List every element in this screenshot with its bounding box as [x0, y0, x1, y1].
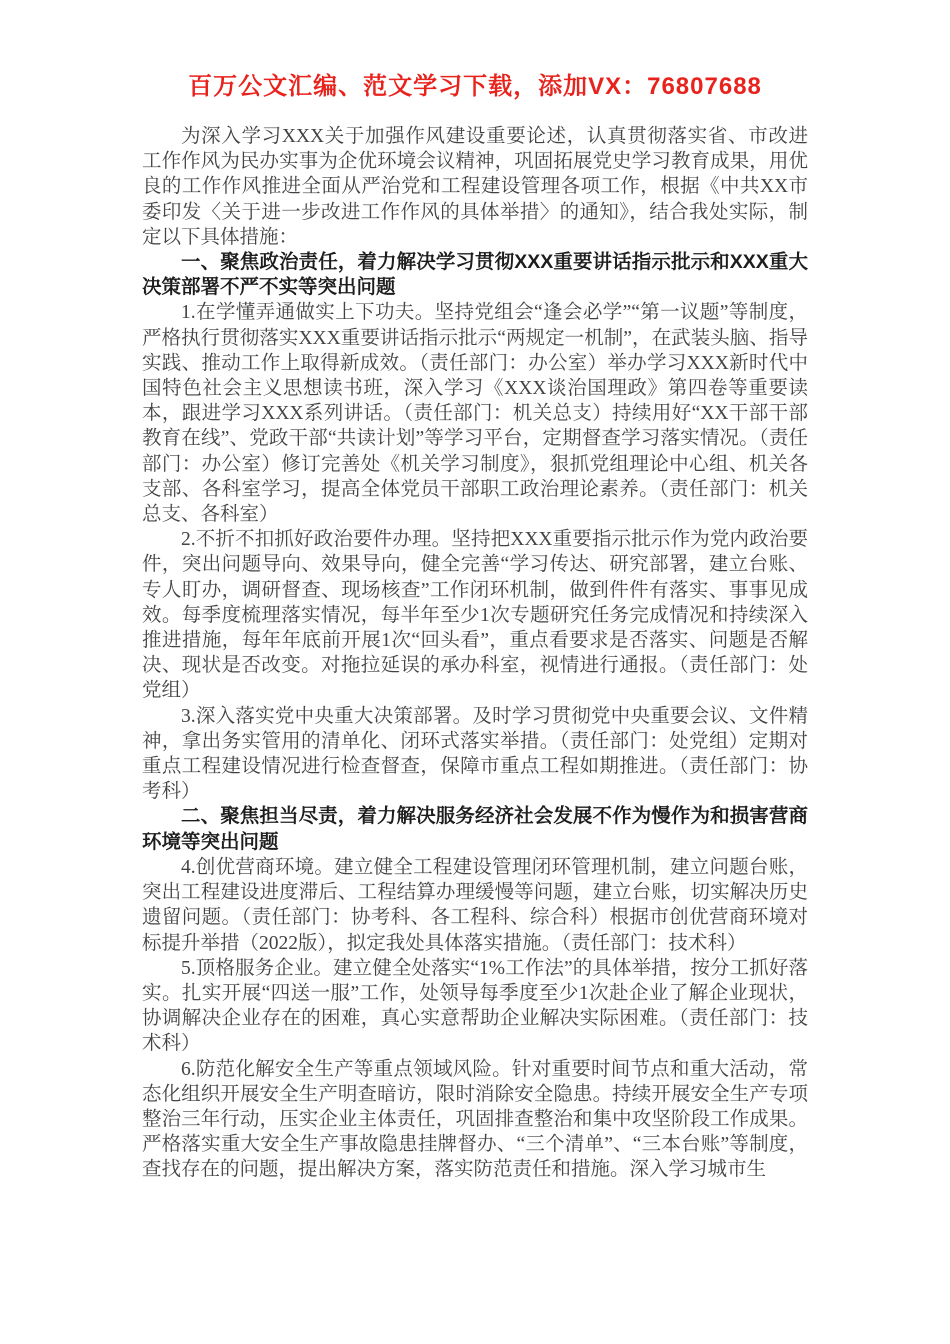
- promo-banner-text: 百万公文汇编、范文学习下载，添加VX：76807688: [0, 66, 950, 101]
- section-heading: 二、聚焦担当尽责，着力解决服务经济社会发展不作为慢作为和损害营商环境等突出问题: [142, 804, 808, 854]
- body-paragraph: 4.创优营商环境。建立健全工程建设管理闭环管理机制，建立问题台账，突出工程建设进…: [142, 855, 808, 956]
- document-body: 为深入学习XXX关于加强作风建设重要论述，认真贯彻落实省、市改进工作作风为民办实…: [142, 124, 808, 1183]
- body-paragraph: 5.顶格服务企业。建立健全处落实“1%工作法”的具体举措，按分工抓好落实。扎实开…: [142, 956, 808, 1057]
- body-paragraph: 6.防范化解安全生产等重点领域风险。针对重要时间节点和重大活动，常态化组织开展安…: [142, 1057, 808, 1183]
- body-paragraph: 为深入学习XXX关于加强作风建设重要论述，认真贯彻落实省、市改进工作作风为民办实…: [142, 124, 808, 250]
- body-paragraph: 1.在学懂弄通做实上下功夫。坚持党组会“逢会必学”“第一议题”等制度，严格执行贯…: [142, 300, 808, 527]
- section-heading: 一、聚焦政治责任，着力解决学习贯彻XXX重要讲话指示批示和XXX重大决策部署不严…: [142, 250, 808, 300]
- body-paragraph: 3.深入落实党中央重大决策部署。及时学习贯彻党中央重要会议、文件精神，拿出务实管…: [142, 704, 808, 805]
- body-paragraph: 2.不折不扣抓好政治要件办理。坚持把XXX重要指示批示作为党内政治要件，突出问题…: [142, 527, 808, 703]
- document-page: 百万公文汇编、范文学习下载，添加VX：76807688 为深入学习XXX关于加强…: [0, 0, 950, 1344]
